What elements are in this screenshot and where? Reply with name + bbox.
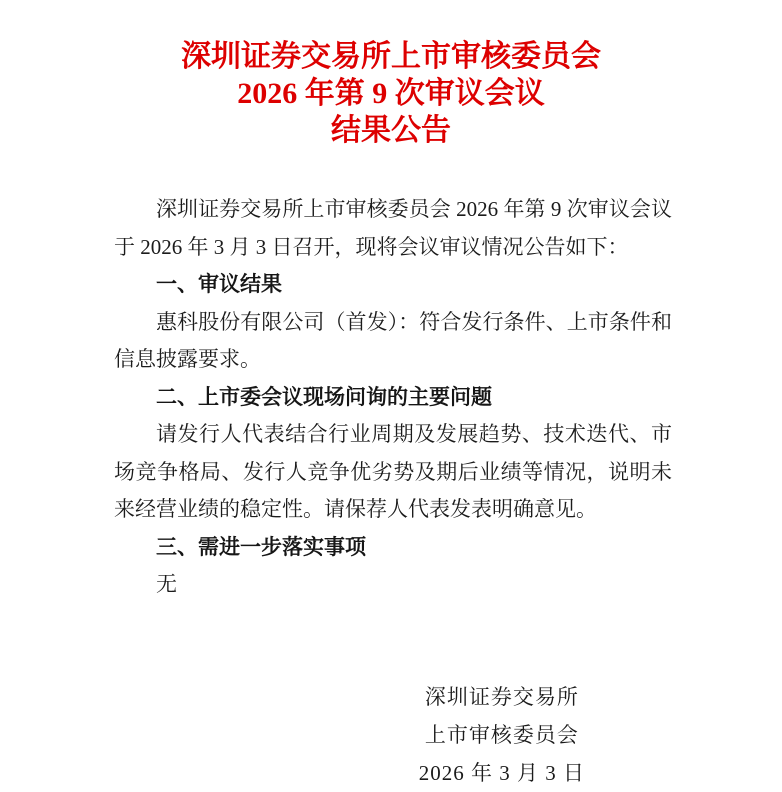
signature-organization-line-2: 上市审核委员会	[419, 716, 585, 754]
signature-block: 深圳证券交易所 上市审核委员会 2026 年 3 月 3 日	[419, 678, 585, 792]
section-heading-review-result: 一、审议结果	[114, 266, 672, 304]
document-body: 深圳证券交易所上市审核委员会 2026 年第 9 次审议会议于 2026 年 3…	[114, 191, 672, 604]
follow-up-items-paragraph: 无	[114, 566, 672, 604]
document-title: 深圳证券交易所上市审核委员会 2026 年第 9 次审议会议 结果公告	[0, 0, 782, 149]
title-line-3: 结果公告	[0, 112, 782, 149]
section-heading-follow-up-items: 三、需进一步落实事项	[114, 529, 672, 567]
inquiry-questions-paragraph: 请发行人代表结合行业周期及发展趋势、技术迭代、市场竞争格局、发行人竞争优劣势及期…	[114, 416, 672, 529]
intro-paragraph: 深圳证券交易所上市审核委员会 2026 年第 9 次审议会议于 2026 年 3…	[114, 191, 672, 266]
review-result-paragraph: 惠科股份有限公司（首发）：符合发行条件、上市条件和信息披露要求。	[114, 304, 672, 379]
signature-organization-line-1: 深圳证券交易所	[419, 678, 585, 716]
signature-date: 2026 年 3 月 3 日	[419, 754, 585, 792]
title-line-1: 深圳证券交易所上市审核委员会	[0, 38, 782, 75]
announcement-document-page: 深圳证券交易所上市审核委员会 2026 年第 9 次审议会议 结果公告 深圳证券…	[0, 0, 782, 792]
title-line-2: 2026 年第 9 次审议会议	[0, 75, 782, 112]
section-heading-inquiry-questions: 二、上市委会议现场问询的主要问题	[114, 379, 672, 417]
